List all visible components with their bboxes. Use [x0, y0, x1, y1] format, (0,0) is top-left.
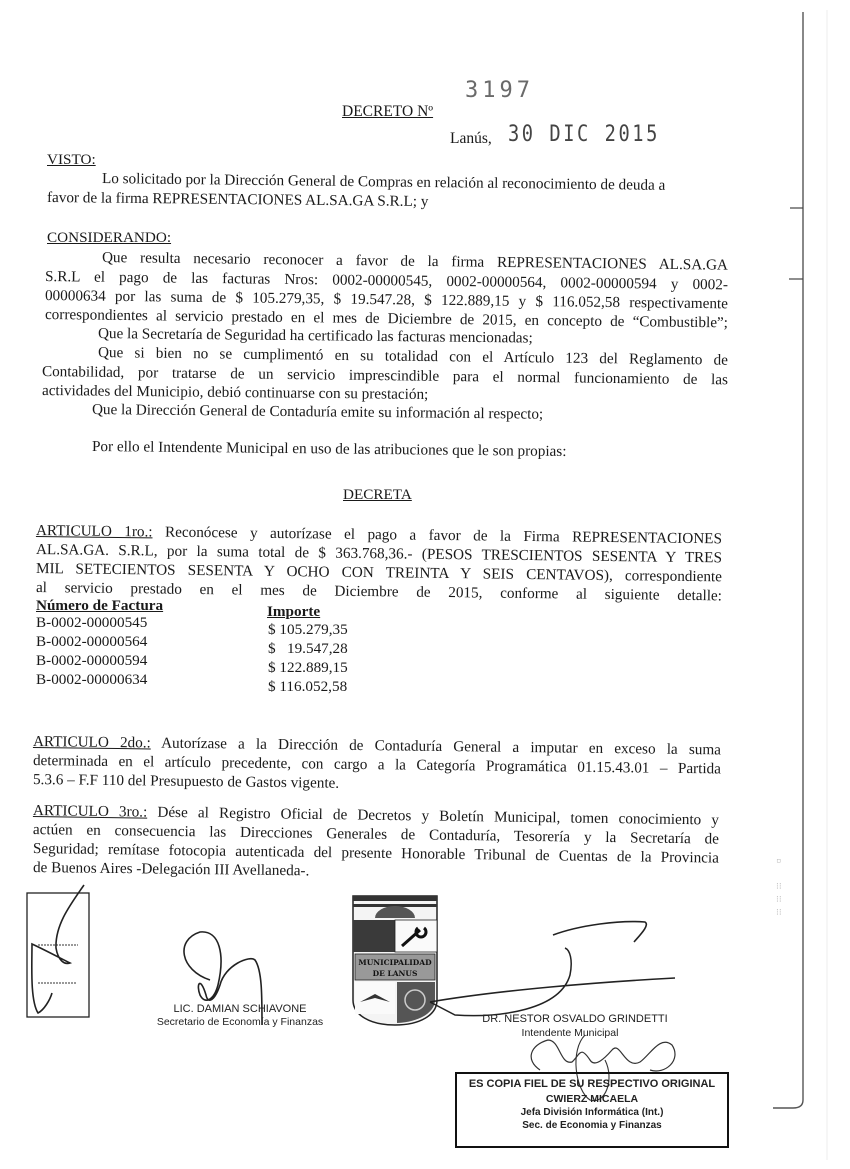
certifier-signature	[0, 0, 850, 1169]
copy-stamp-line-1: ES COPIA FIEL DE SU RESPECTIVO ORIGINAL	[457, 1078, 727, 1090]
decree-page: DECRETO Nº 3197 Lanús, 30 DIC 2015 VISTO…	[0, 0, 850, 1169]
margin-scan-marks: ▫⁝⁝⁝⁝⁝⁝	[776, 855, 782, 920]
copy-stamp-line-4: Sec. de Economia y Finanzas	[457, 1120, 727, 1131]
copy-stamp-line-3: Jefa División Informática (Int.)	[457, 1107, 727, 1118]
certified-copy-stamp: ES COPIA FIEL DE SU RESPECTIVO ORIGINAL …	[455, 1072, 729, 1148]
copy-stamp-line-2: CWIERZ MICAELA	[457, 1093, 727, 1105]
